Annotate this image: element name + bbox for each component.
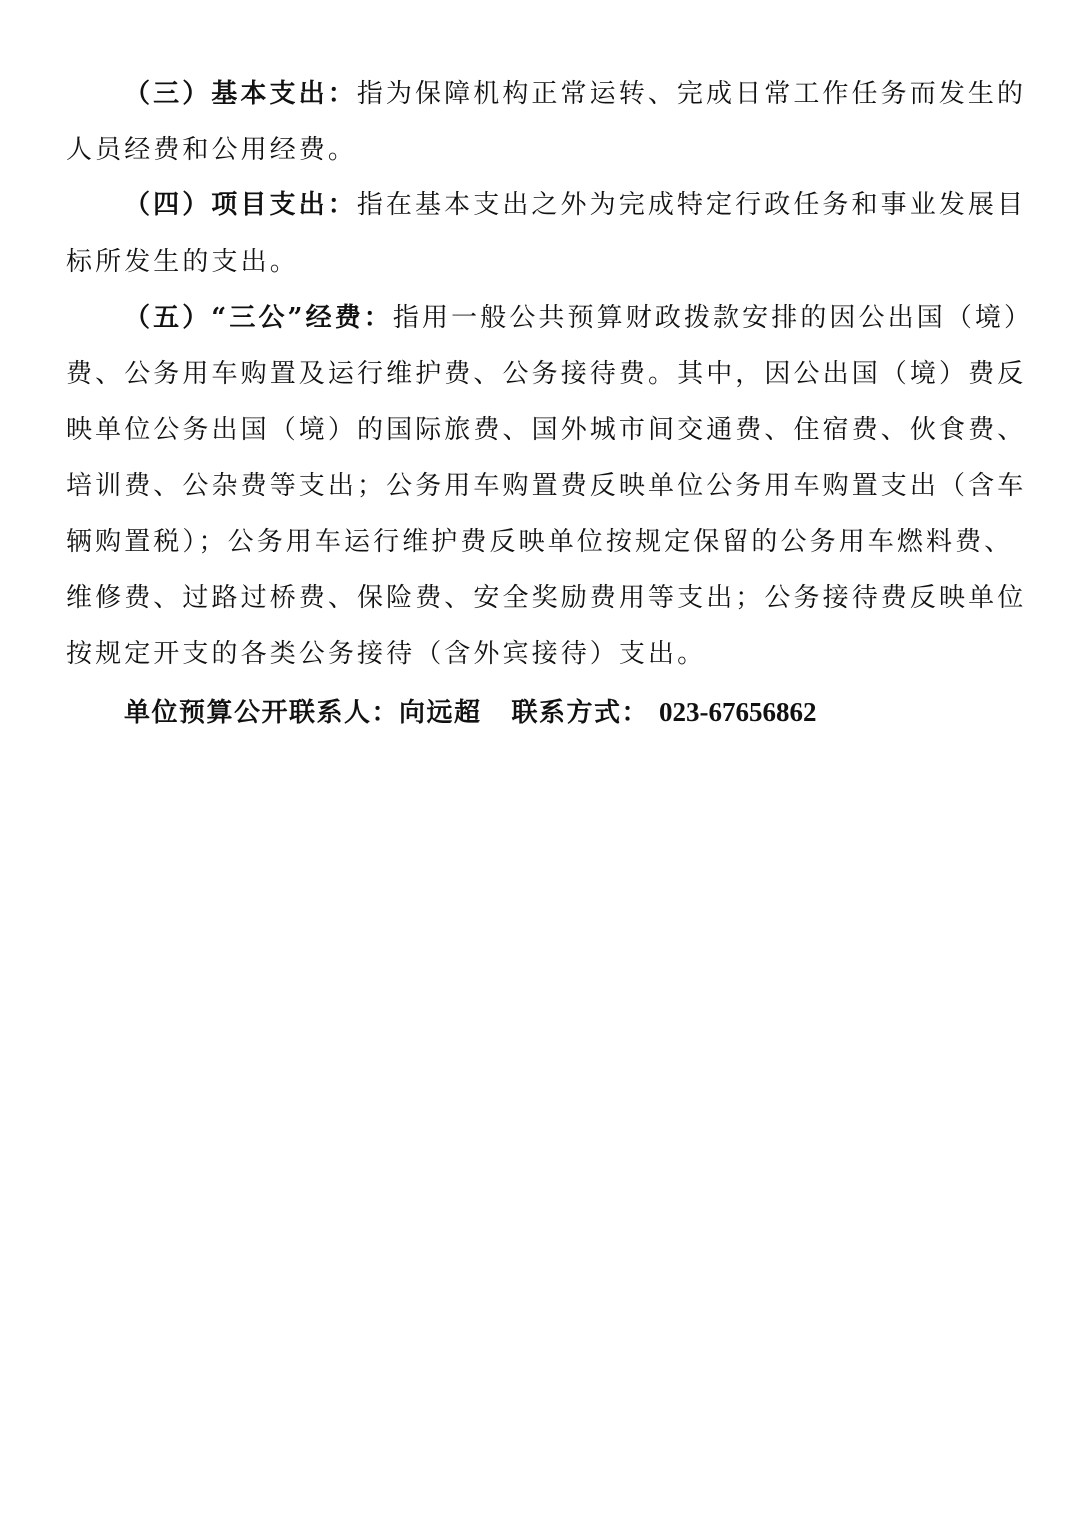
paragraph-line: 映单位公务出国（境）的国际旅费、国外城市间交通费、住宿费、伙食费、 (66, 412, 1008, 448)
contact-method-label: 联系方式： (512, 698, 650, 728)
contact-info: 单位预算公开联系人：向远超联系方式：023-67656862 (124, 694, 817, 731)
paragraph-text: 指在基本支出之外为完成特定行政任务和事业发展目 (357, 190, 1026, 220)
section-basic-expenditure-line-1: （三）基本支出：指为保障机构正常运转、完成日常工作任务而发生的 (124, 76, 1008, 112)
section-heading-basic-expenditure: （三）基本支出： (124, 79, 357, 109)
paragraph-line: 培训费、公杂费等支出；公务用车购置费反映单位公务用车购置支出（含车 (66, 468, 1008, 504)
section-project-expenditure-line-1: （四）项目支出：指在基本支出之外为完成特定行政任务和事业发展目 (124, 187, 1008, 223)
section-heading-three-public-expenses: （五）“三公”经费： (124, 303, 393, 333)
contact-person-label: 单位预算公开联系人： (124, 698, 399, 728)
document-page: （三）基本支出：指为保障机构正常运转、完成日常工作任务而发生的 人员经费和公用经… (0, 0, 1074, 1520)
section-heading-project-expenditure: （四）项目支出： (124, 190, 357, 220)
paragraph-line: 维修费、过路过桥费、保险费、安全奖励费用等支出；公务接待费反映单位 (66, 580, 1008, 616)
paragraph-line: 人员经费和公用经费。 (66, 132, 1008, 168)
paragraph-line: 费、公务用车购置及运行维护费、公务接待费。其中，因公出国（境）费反 (66, 356, 1008, 392)
paragraph-text: 指为保障机构正常运转、完成日常工作任务而发生的 (357, 79, 1026, 109)
paragraph-line: 标所发生的支出。 (66, 244, 1008, 280)
paragraph-line: 辆购置税）；公务用车运行维护费反映单位按规定保留的公务用车燃料费、 (66, 524, 1008, 560)
paragraph-line: 按规定开支的各类公务接待（含外宾接待）支出。 (66, 636, 1008, 672)
paragraph-text: 指用一般公共预算财政拨款安排的因公出国（境） (393, 303, 1033, 333)
contact-person-name: 向远超 (399, 698, 482, 728)
section-three-public-expenses-line-1: （五）“三公”经费：指用一般公共预算财政拨款安排的因公出国（境） (124, 300, 1008, 336)
contact-phone: 023-67656862 (659, 697, 817, 727)
